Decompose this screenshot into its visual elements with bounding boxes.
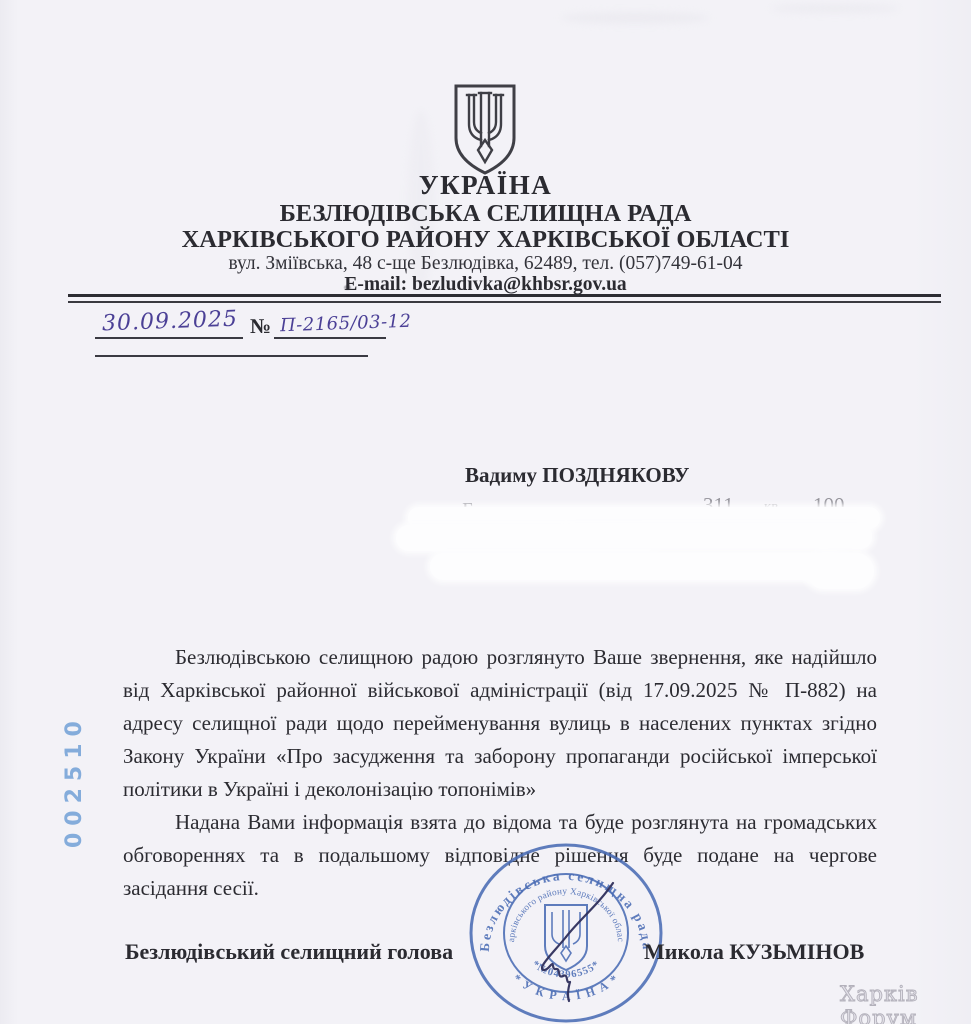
addressee-name: Вадиму ПОЗДНЯКОВУ	[465, 463, 689, 488]
date-underline	[95, 337, 243, 339]
org-address: вул. Зміївська, 48 с-ще Безлюдівка, 6248…	[0, 253, 971, 275]
body-paragraph-1: Безлюдівською селищною радою розглянуто …	[123, 641, 877, 806]
forum-watermark: Харків Форум	[840, 982, 971, 1024]
official-round-seal: Безлюдівська селищна рада * У К Р А Ї Н …	[466, 843, 666, 1024]
scan-smudge	[560, 12, 710, 24]
whiteout-redaction	[560, 524, 872, 549]
number-underline	[274, 337, 386, 339]
outgoing-date-handwritten: 30.09.2025	[102, 307, 239, 337]
outgoing-number-handwritten: П-2165/03-12	[280, 311, 412, 337]
header-divider	[68, 294, 941, 303]
country-title: УКРАЇНА	[0, 170, 971, 201]
whiteout-redaction	[430, 553, 850, 580]
scanned-letter: { "header": { "country": "УКРАЇНА", "cou…	[0, 0, 971, 1024]
org-email: E-mail: bezludivka@khbsr.gov.ua	[0, 274, 971, 296]
registration-code-stamp: 002510	[62, 700, 90, 848]
signatory-title: Безлюдівський селищний голова	[125, 939, 453, 965]
blank-underline	[95, 355, 368, 357]
number-sign-label: №	[250, 314, 271, 339]
council-name: БЕЗЛЮДІВСЬКА СЕЛИЩНА РАДА	[0, 200, 971, 228]
district-name: ХАРКІВСЬКОГО РАЙОНУ ХАРКІВСЬКОЇ ОБЛАСТІ	[0, 226, 971, 254]
scan-smudge	[770, 4, 900, 13]
whiteout-redaction	[806, 553, 874, 589]
signatory-name: Микола КУЗЬМІНОВ	[644, 939, 864, 965]
